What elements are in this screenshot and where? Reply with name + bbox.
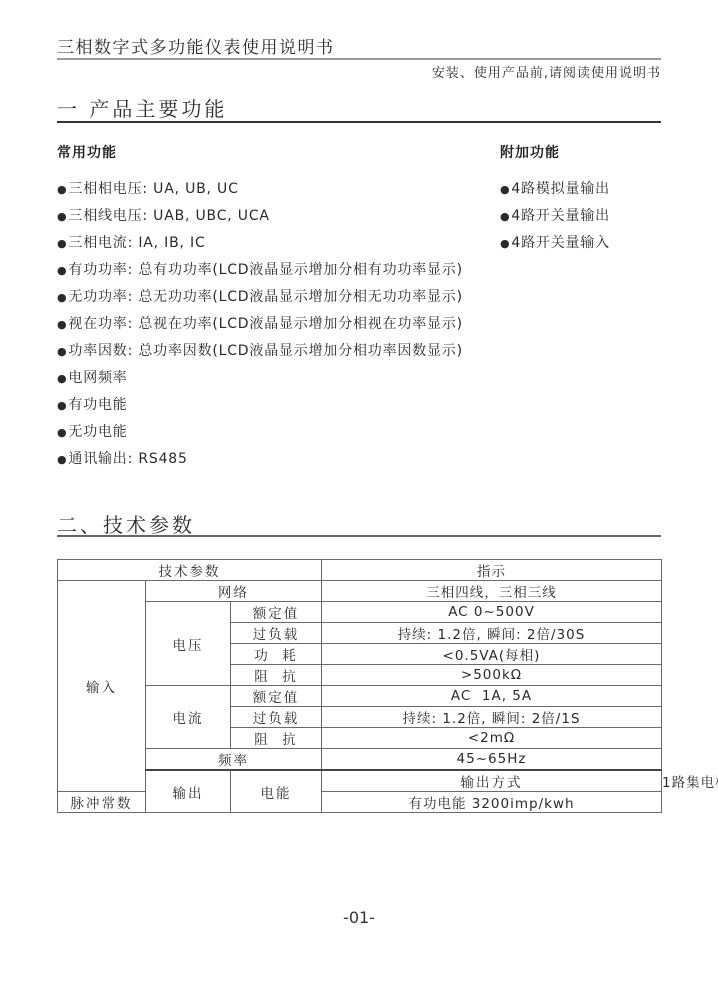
list-item: ●4路开关量输入 (500, 232, 610, 252)
bullet-icon: ● (500, 237, 510, 250)
list-item: ●4路开关量输出 (500, 205, 610, 225)
common-functions-heading: 常用功能 (57, 142, 117, 162)
param-name: 额定值 (231, 686, 322, 707)
energy-group-label: 电能 (231, 770, 322, 813)
bullet-icon: ● (57, 318, 67, 331)
section-heading-main-functions: 一 产品主要功能 (57, 93, 227, 122)
bullet-icon: ● (57, 453, 67, 466)
param-name: 输出方式 (322, 770, 662, 792)
list-item: ●无功功率: 总无功功率(LCD液晶显示增加分相无功功率显示) (57, 286, 463, 306)
param-name: 功 耗 (231, 644, 322, 665)
network-label: 网络 (146, 581, 322, 602)
param-value: >500kΩ (322, 665, 662, 686)
table-row: 频率 45~65Hz (58, 749, 662, 771)
bullet-icon: ● (57, 426, 67, 439)
table-header-row: 技术参数 指示 (58, 560, 662, 581)
list-item: ●三相电流: IA, IB, IC (57, 232, 206, 252)
list-item: ●三相相电压: UA, UB, UC (57, 178, 239, 198)
param-value: AC 0~500V (322, 602, 662, 623)
reading-notice: 安装、使用产品前,请阅读使用说明书 (432, 62, 661, 81)
param-name: 过负载 (231, 623, 322, 644)
list-item: ●无功电能 (57, 421, 128, 441)
network-value: 三相四线，三相三线 (322, 581, 662, 602)
section-divider (57, 121, 661, 123)
param-value: AC 1A, 5A (322, 686, 662, 707)
table-row: 电压 额定值 AC 0~500V (58, 602, 662, 623)
current-group-label: 电流 (146, 686, 231, 749)
list-item: ●4路模拟量输出 (500, 178, 610, 198)
bullet-icon: ● (57, 399, 67, 412)
table-row: 输出 电能 输出方式 1路集电极开路的光耦脉冲输出 (58, 770, 662, 792)
bullet-icon: ● (57, 183, 67, 196)
list-item: ●通讯输出: RS485 (57, 448, 188, 468)
header-param: 技术参数 (58, 560, 322, 581)
list-item: ●电网频率 (57, 367, 128, 387)
frequency-label: 频率 (146, 749, 322, 771)
param-name: 脉冲常数 (58, 792, 146, 813)
table-row: 电流 额定值 AC 1A, 5A (58, 686, 662, 707)
param-value: 持续: 1.2倍, 瞬间: 2倍/30S (322, 623, 662, 644)
input-group-label: 输入 (58, 581, 146, 792)
document-title: 三相数字式多功能仪表使用说明书 (57, 33, 335, 58)
voltage-group-label: 电压 (146, 602, 231, 686)
param-value: 持续: 1.2倍, 瞬间: 2倍/1S (322, 707, 662, 728)
bullet-icon: ● (500, 183, 510, 196)
bullet-icon: ● (57, 345, 67, 358)
header-value: 指示 (322, 560, 662, 581)
table-row: 输入 网络 三相四线，三相三线 (58, 581, 662, 602)
bullet-icon: ● (57, 291, 67, 304)
list-item: ●三相线电压: UAB, UBC, UCA (57, 205, 270, 225)
param-name: 阻 抗 (231, 728, 322, 749)
title-divider (57, 58, 661, 60)
bullet-icon: ● (57, 237, 67, 250)
param-name: 过负载 (231, 707, 322, 728)
list-item: ●视在功率: 总视在功率(LCD液晶显示增加分相视在功率显示) (57, 313, 463, 333)
bullet-icon: ● (57, 372, 67, 385)
section-divider (57, 535, 661, 537)
param-name: 阻 抗 (231, 665, 322, 686)
param-name: 额定值 (231, 602, 322, 623)
frequency-value: 45~65Hz (322, 749, 662, 771)
param-value: <2mΩ (322, 728, 662, 749)
additional-functions-heading: 附加功能 (500, 142, 560, 162)
section-heading-tech-params: 二、技术参数 (57, 509, 195, 538)
page-number: -01- (0, 908, 718, 927)
param-value: <0.5VA(每相) (322, 644, 662, 665)
tech-params-table: 技术参数 指示 输入 网络 三相四线，三相三线 电压 额定值 AC 0~500V… (57, 559, 662, 813)
param-value: 有功电能 3200imp/kwh (322, 792, 662, 813)
list-item: ●有功功率: 总有功功率(LCD液晶显示增加分相有功功率显示) (57, 259, 463, 279)
output-group-label: 输出 (146, 770, 231, 813)
bullet-icon: ● (57, 264, 67, 277)
bullet-icon: ● (57, 210, 67, 223)
list-item: ●有功电能 (57, 394, 128, 414)
list-item: ●功率因数: 总功率因数(LCD液晶显示增加分相功率因数显示) (57, 340, 463, 360)
bullet-icon: ● (500, 210, 510, 223)
